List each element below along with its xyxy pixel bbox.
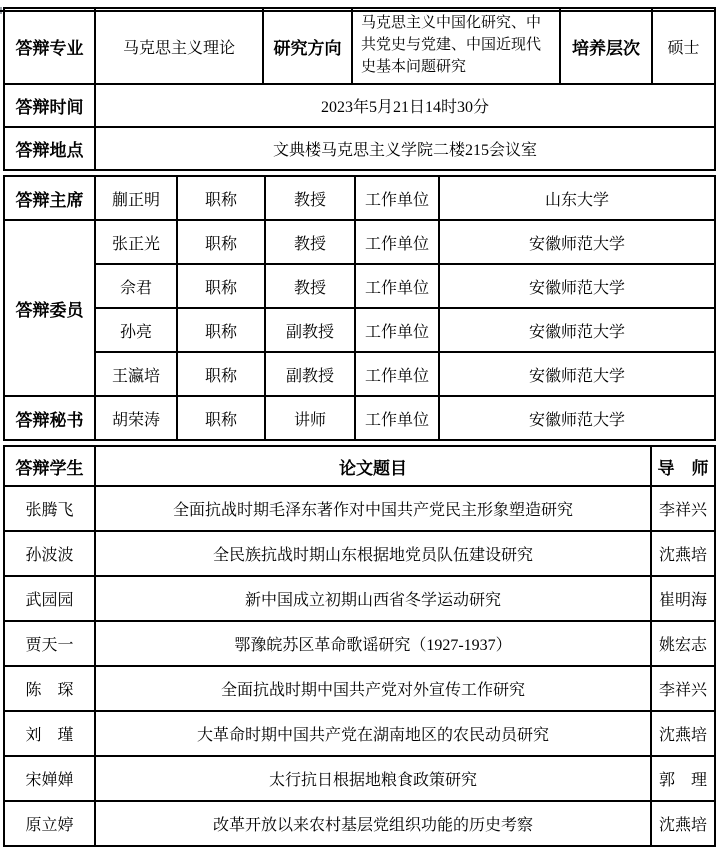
member-name-cell: 佘君 xyxy=(95,264,177,308)
advisor-label-cell: 导 师 xyxy=(651,446,715,486)
top-divider-line xyxy=(0,10,716,12)
time-label-cell: 答辩时间 xyxy=(4,84,95,127)
students-table: 答辩学生 论文题目 导 师 张腾飞 全面抗战时期毛泽东著作对中国共产党民主形象塑… xyxy=(3,445,716,847)
member-title-cell: 副教授 xyxy=(265,352,355,396)
secretary-name-cell: 胡荣涛 xyxy=(95,396,177,440)
thesis-title-cell: 大革命时期中国共产党在湖南地区的农民动员研究 xyxy=(95,711,651,756)
student-label-cell: 答辩学生 xyxy=(4,446,95,486)
advisor-name-cell: 沈燕培 xyxy=(651,711,715,756)
chair-title-cell: 教授 xyxy=(265,176,355,220)
thesis-title-cell: 全面抗战时期中国共产党对外宣传工作研究 xyxy=(95,666,651,711)
member-name-cell: 张正光 xyxy=(95,220,177,264)
student-row: 张腾飞 全面抗战时期毛泽东著作对中国共产党民主形象塑造研究 李祥兴 xyxy=(4,486,715,531)
committee-member-row: 孙亮 职称 副教授 工作单位 安徽师范大学 xyxy=(4,308,715,352)
place-value-cell: 文典楼马克思主义学院二楼215会议室 xyxy=(95,127,715,170)
unit-label-cell: 工作单位 xyxy=(355,352,439,396)
chair-label-cell: 答辩主席 xyxy=(4,176,95,220)
major-label-cell: 答辩专业 xyxy=(4,8,95,84)
committee-table: 答辩主席 蒯正明 职称 教授 工作单位 山东大学 答辩委员 张正光 职称 教授 … xyxy=(3,175,716,441)
member-label-cell: 答辩委员 xyxy=(4,220,95,396)
committee-member-row: 佘君 职称 教授 工作单位 安徽师范大学 xyxy=(4,264,715,308)
major-value-cell: 马克思主义理论 xyxy=(95,8,263,84)
chair-unit-cell: 山东大学 xyxy=(439,176,715,220)
unit-label-cell: 工作单位 xyxy=(355,396,439,440)
advisor-name-cell: 沈燕培 xyxy=(651,801,715,846)
students-header-row: 答辩学生 论文题目 导 师 xyxy=(4,446,715,486)
chair-name-cell: 蒯正明 xyxy=(95,176,177,220)
title-label-cell: 职称 xyxy=(177,308,265,352)
title-label-cell: 职称 xyxy=(177,264,265,308)
secretary-row: 答辩秘书 胡荣涛 职称 讲师 工作单位 安徽师范大学 xyxy=(4,396,715,440)
secretary-unit-cell: 安徽师范大学 xyxy=(439,396,715,440)
advisor-name-cell: 李祥兴 xyxy=(651,486,715,531)
member-unit-cell: 安徽师范大学 xyxy=(439,220,715,264)
committee-member-row: 王瀛培 职称 副教授 工作单位 安徽师范大学 xyxy=(4,352,715,396)
advisor-name-cell: 李祥兴 xyxy=(651,666,715,711)
direction-value-cell: 马克思主义中国化研究、中共党史与党建、中国近现代史基本问题研究 xyxy=(352,8,560,84)
place-row: 答辩地点 文典楼马克思主义学院二楼215会议室 xyxy=(4,127,715,170)
member-title-cell: 副教授 xyxy=(265,308,355,352)
student-row: 贾天一 鄂豫皖苏区革命歌谣研究（1927-1937） 姚宏志 xyxy=(4,621,715,666)
member-title-cell: 教授 xyxy=(265,264,355,308)
level-value-cell: 硕士 xyxy=(652,8,715,84)
member-title-cell: 教授 xyxy=(265,220,355,264)
member-unit-cell: 安徽师范大学 xyxy=(439,308,715,352)
chair-row: 答辩主席 蒯正明 职称 教授 工作单位 山东大学 xyxy=(4,176,715,220)
student-name-cell: 宋婵婵 xyxy=(4,756,95,801)
place-label-cell: 答辩地点 xyxy=(4,127,95,170)
title-label-cell: 职称 xyxy=(177,220,265,264)
student-row: 刘 瑾 大革命时期中国共产党在湖南地区的农民动员研究 沈燕培 xyxy=(4,711,715,756)
unit-label-cell: 工作单位 xyxy=(355,176,439,220)
student-name-cell: 孙波波 xyxy=(4,531,95,576)
member-name-cell: 王瀛培 xyxy=(95,352,177,396)
unit-label-cell: 工作单位 xyxy=(355,220,439,264)
thesis-label-cell: 论文题目 xyxy=(95,446,651,486)
major-row: 答辩专业 马克思主义理论 研究方向 马克思主义中国化研究、中共党史与党建、中国近… xyxy=(4,8,715,84)
title-label-cell: 职称 xyxy=(177,352,265,396)
defense-info-table: 答辩专业 马克思主义理论 研究方向 马克思主义中国化研究、中共党史与党建、中国近… xyxy=(3,7,716,171)
thesis-title-cell: 全面抗战时期毛泽东著作对中国共产党民主形象塑造研究 xyxy=(95,486,651,531)
thesis-title-cell: 全民族抗战时期山东根据地党员队伍建设研究 xyxy=(95,531,651,576)
member-name-cell: 孙亮 xyxy=(95,308,177,352)
time-row: 答辩时间 2023年5月21日14时30分 xyxy=(4,84,715,127)
member-unit-cell: 安徽师范大学 xyxy=(439,352,715,396)
advisor-name-cell: 郭 理 xyxy=(651,756,715,801)
student-name-cell: 贾天一 xyxy=(4,621,95,666)
committee-member-row: 答辩委员 张正光 职称 教授 工作单位 安徽师范大学 xyxy=(4,220,715,264)
student-row: 陈 琛 全面抗战时期中国共产党对外宣传工作研究 李祥兴 xyxy=(4,666,715,711)
direction-label-cell: 研究方向 xyxy=(263,8,352,84)
unit-label-cell: 工作单位 xyxy=(355,264,439,308)
advisor-name-cell: 沈燕培 xyxy=(651,531,715,576)
student-name-cell: 武园园 xyxy=(4,576,95,621)
title-label-cell: 职称 xyxy=(177,176,265,220)
member-unit-cell: 安徽师范大学 xyxy=(439,264,715,308)
secretary-title-cell: 讲师 xyxy=(265,396,355,440)
student-row: 宋婵婵 太行抗日根据地粮食政策研究 郭 理 xyxy=(4,756,715,801)
student-name-cell: 张腾飞 xyxy=(4,486,95,531)
student-row: 武园园 新中国成立初期山西省冬学运动研究 崔明海 xyxy=(4,576,715,621)
time-value-cell: 2023年5月21日14时30分 xyxy=(95,84,715,127)
thesis-title-cell: 新中国成立初期山西省冬学运动研究 xyxy=(95,576,651,621)
advisor-name-cell: 姚宏志 xyxy=(651,621,715,666)
student-name-cell: 刘 瑾 xyxy=(4,711,95,756)
thesis-title-cell: 改革开放以来农村基层党组织功能的历史考察 xyxy=(95,801,651,846)
student-name-cell: 陈 琛 xyxy=(4,666,95,711)
title-label-cell: 职称 xyxy=(177,396,265,440)
thesis-title-cell: 太行抗日根据地粮食政策研究 xyxy=(95,756,651,801)
secretary-label-cell: 答辩秘书 xyxy=(4,396,95,440)
student-row: 孙波波 全民族抗战时期山东根据地党员队伍建设研究 沈燕培 xyxy=(4,531,715,576)
level-label-cell: 培养层次 xyxy=(560,8,652,84)
defense-schedule-page: 答辩专业 马克思主义理论 研究方向 马克思主义中国化研究、中共党史与党建、中国近… xyxy=(0,7,716,848)
advisor-name-cell: 崔明海 xyxy=(651,576,715,621)
student-name-cell: 原立婷 xyxy=(4,801,95,846)
thesis-title-cell: 鄂豫皖苏区革命歌谣研究（1927-1937） xyxy=(95,621,651,666)
student-row: 原立婷 改革开放以来农村基层党组织功能的历史考察 沈燕培 xyxy=(4,801,715,846)
unit-label-cell: 工作单位 xyxy=(355,308,439,352)
